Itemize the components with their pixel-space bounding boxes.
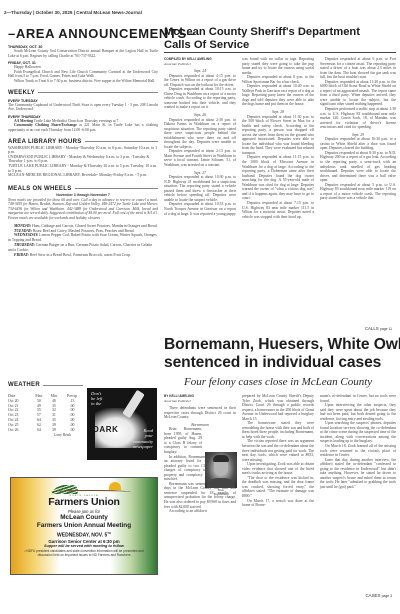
article-paragraph: Briar Bornemann, born 1995, of Hazen, pl… bbox=[164, 427, 202, 454]
call-entry: Deputies responded at about 2:30 p.m. to… bbox=[164, 118, 236, 150]
weekly-item: The Community Cupboard of Underwood Thri… bbox=[8, 103, 158, 112]
ad-dark-word: DARK bbox=[93, 425, 119, 434]
cases-jump-link[interactable]: CASES page 3 bbox=[366, 593, 393, 598]
weekly-header: WEEKLY bbox=[8, 90, 158, 96]
sun-icon bbox=[109, 482, 121, 490]
fu-org-name: Farmers Union bbox=[11, 497, 157, 508]
farmers-union-logo bbox=[11, 481, 157, 495]
fu-event-line1: McLean County bbox=[11, 514, 157, 522]
meals-subtitle: November 3 through November 7 bbox=[8, 193, 158, 197]
mugshot-photo bbox=[205, 452, 237, 488]
article-paragraph: The victim reported there was an argumen… bbox=[242, 439, 314, 462]
weather-title: WEATHER bbox=[8, 382, 40, 388]
article-paragraph: mann's co-defendant in Center, but no to… bbox=[320, 394, 396, 403]
byline-role: Associate Publisher bbox=[164, 399, 236, 404]
article-paragraph: Upon searching the suspects' phones, dep… bbox=[320, 421, 396, 444]
section-rule bbox=[75, 188, 158, 189]
swoosh-icon bbox=[51, 490, 131, 494]
photo-caption: Briar Bornemann bbox=[205, 489, 237, 497]
article-paragraph: "The door to the residence was kicked in… bbox=[242, 476, 314, 499]
announcement-day: THURSDAY, OCT. 30 South McLean County So… bbox=[8, 45, 158, 58]
call-entry: Deputies responded at about 8:30 p.m. to… bbox=[320, 151, 396, 183]
call-entry: was found with no collar or tags. Report… bbox=[242, 57, 314, 75]
section-rule bbox=[85, 141, 158, 142]
bornemann-headline: Bornemann, Huesers, White Owl sentenced … bbox=[164, 336, 400, 371]
headline-rule bbox=[164, 52, 396, 53]
call-entry: Deputies performed a traffic stop at abo… bbox=[320, 107, 396, 130]
meals-title: MEALS ON WHEELS bbox=[8, 186, 72, 192]
announcements-title: –AREA ANNOUNCEMENTS– bbox=[8, 26, 158, 41]
section-rule bbox=[43, 385, 83, 386]
page-folio: 2—Thursday | October 30, 2025 | Central … bbox=[4, 10, 142, 15]
fu-event-line2: Farmers Union Annual Meeting bbox=[11, 522, 157, 530]
library-entry: WASHBURN PUBLIC LIBRARY - Monday-Thursda… bbox=[8, 146, 158, 155]
call-entry: Deputies responded at about 11:20 p.m. t… bbox=[320, 80, 396, 107]
weekly-title: WEEKLY bbox=[8, 90, 35, 96]
call-entry: Deputies responded at about 2:13 p.m. to… bbox=[164, 149, 236, 167]
call-entry: Deputies responded at about 10:30 p.m. t… bbox=[164, 175, 236, 202]
article-paragraph: According to an affidavit bbox=[164, 509, 236, 514]
ad-tagline-top: Don't be left in the bbox=[91, 391, 102, 407]
fu-note: • NDFU president candidates and state co… bbox=[11, 548, 157, 557]
newspaper-ad[interactable]: Don't be left in the DARK Read your comm… bbox=[87, 388, 157, 460]
call-entry: Deputies responded at about 10:15 a.m. t… bbox=[164, 87, 236, 110]
article-paragraph: Later that day, during another interview… bbox=[320, 458, 396, 490]
weather-row: Oct 266439.00 bbox=[8, 428, 83, 433]
meals-menu: MONDAY: Ham, Cabbage and Carrots, Glazed… bbox=[8, 224, 158, 258]
byline-role: Associate Publisher bbox=[164, 62, 236, 67]
ad-tagline-bottom: Read your community newspaper bbox=[133, 428, 153, 450]
menu-day: WEDNESDAY: Lemon Pepper Cod, Baked Potat… bbox=[8, 233, 158, 243]
weather-credit: Larry Brink bbox=[54, 433, 71, 437]
call-entry: Deputies responded at about 10:53 p.m. t… bbox=[164, 202, 236, 216]
article-paragraph: The homeowner stated they were remodelin… bbox=[242, 421, 314, 439]
sheriff-column-1: COMPILED BY KELLI AMELING Associate Publ… bbox=[164, 57, 236, 216]
article-paragraph: Upon investigating, Zook was able to obt… bbox=[242, 462, 314, 476]
fu-date: WEDNESDAY, NOV. 5TH bbox=[11, 531, 157, 539]
library-entry: UNDERWOOD PUBLIC LIBRARY - Monday & Wedn… bbox=[8, 155, 158, 164]
bornemann-deck: Four felony cases close in McLean County bbox=[184, 376, 372, 388]
meals-header: MEALS ON WHEELS bbox=[8, 186, 158, 192]
sheriff-column-3: Deputies responded at about 6 p.m. to Fo… bbox=[320, 57, 396, 201]
call-entry: Deputies responded at about 6 p.m. to Fo… bbox=[320, 57, 396, 80]
call-entry: Deputies responded at about 5 p.m. to U.… bbox=[320, 183, 396, 201]
weather-table: Date Max Min Precip Oct 205040.13 Oct 21… bbox=[8, 394, 83, 432]
library-header: AREA LIBRARY HOURS bbox=[8, 139, 158, 145]
sheriff-column-2: was found with no collar or tags. Report… bbox=[242, 57, 314, 219]
section-rule bbox=[38, 92, 158, 93]
bornemann-column-2: prepared by McLean County Sheriff's Depu… bbox=[242, 394, 314, 508]
announcement-day: FRIDAY, OCT. 31 Happy Halloween Faith Ev… bbox=[8, 61, 158, 83]
article-paragraph: Three defendants were sentenced in their… bbox=[164, 406, 236, 420]
article-paragraph: On March 18, Zook learned all of the mis… bbox=[320, 444, 396, 458]
call-entry: Deputies responded at about 7:15 p.m. to… bbox=[242, 201, 314, 219]
call-entry: Deputies responded at about 4:15 p.m. to… bbox=[164, 74, 236, 88]
library-entry: TURTLE LAKE PUBLIC LIBRARY - Monday & Th… bbox=[8, 164, 158, 173]
menu-day: THURSDAY: German Burger on a Bun, German… bbox=[8, 243, 158, 253]
call-entry: Deputies responded at about 10:30 p.m. t… bbox=[320, 137, 396, 151]
announcements-column: –AREA ANNOUNCEMENTS– THURSDAY, OCT. 30 S… bbox=[8, 26, 158, 258]
article-paragraph: prepared by McLean County Sheriff's Depu… bbox=[242, 394, 314, 421]
farmers-union-ad[interactable]: NORTH DAKOTA Farmers Union Please join u… bbox=[10, 477, 158, 575]
bornemann-column-3: mann's co-defendant in Center, but no to… bbox=[320, 394, 396, 489]
call-entry: Deputies responded at about 8 p.m. to th… bbox=[242, 75, 314, 84]
announcement-item: Wilton Trunk or Treat 6 to 7:30 p.m. bus… bbox=[8, 79, 158, 84]
announcement-item: Faith Evangelical Church and New Life Ch… bbox=[8, 70, 158, 79]
menu-day: FRIDAY: Beef Stew in a Bread Bowl, Parme… bbox=[8, 253, 158, 258]
article-paragraph: On March 17, a search was done at the ho… bbox=[242, 499, 314, 508]
sheriff-headline: McLean County Sheriff's Department Calls… bbox=[164, 26, 360, 51]
meals-intro: Noon meals are provided for those 60 and… bbox=[8, 198, 158, 221]
announcement-item: South McLean County Soil Conservation Di… bbox=[8, 49, 158, 58]
call-entry: Deputies responded at about 11:30 p.m. t… bbox=[242, 115, 314, 156]
weekly-item: Community Clothing Share/Exchange at 221… bbox=[8, 123, 158, 132]
call-entry: Deputies responded at about 10:40 a.m. t… bbox=[242, 84, 314, 107]
calls-jump-link[interactable]: CALLS page 11 bbox=[365, 326, 392, 331]
weather-header: WEATHER bbox=[8, 382, 83, 388]
article-paragraph: Upon interviewing the other suspects, th… bbox=[320, 403, 396, 421]
library-title: AREA LIBRARY HOURS bbox=[8, 139, 82, 145]
library-entry: MCLEAN-MERCER REGIONAL LIBRARY, Riverdal… bbox=[8, 173, 158, 178]
call-entry: Deputies responded at about 11:15 p.m. t… bbox=[242, 155, 314, 200]
